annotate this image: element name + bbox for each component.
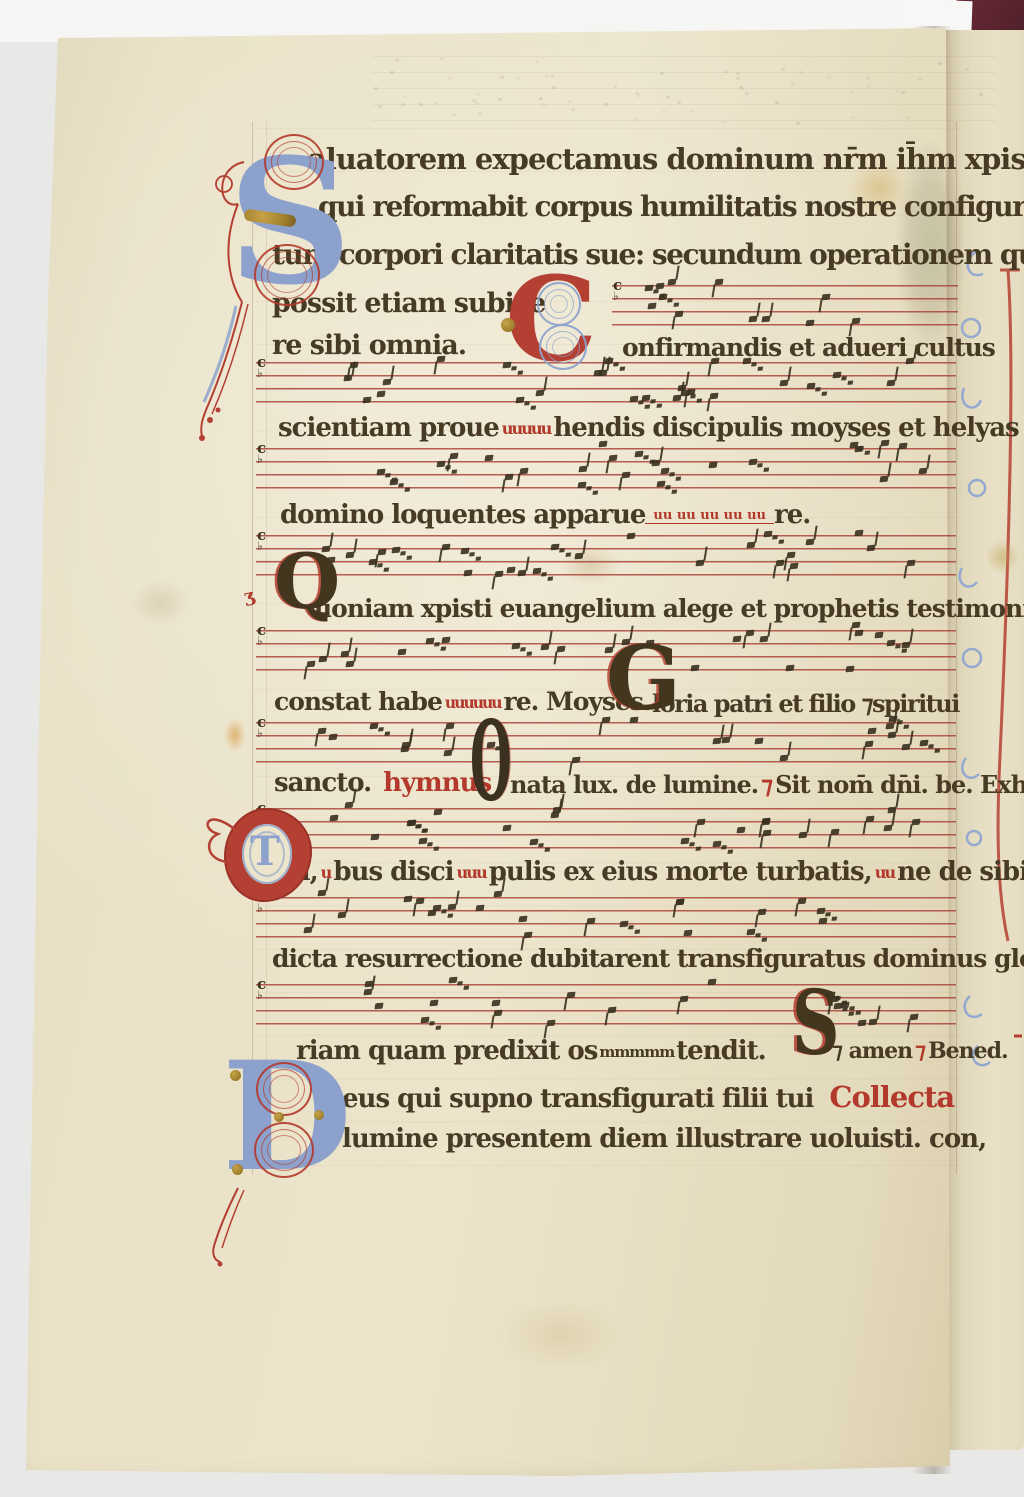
initial-d-deus: D (222, 1050, 338, 1192)
initial-letter: S (792, 978, 840, 1067)
gold-accent (230, 1070, 241, 1081)
text-segment: hendis discipulis moyses et helyas cum (553, 413, 1024, 443)
text-segment: tendit. (676, 1036, 766, 1066)
text-segment: scientiam proue (278, 413, 499, 443)
filigree-medallion (254, 1122, 314, 1178)
text-segment: Sit nom̄ dn̄i. be. Exh (775, 770, 1024, 799)
filigree-medallion (264, 134, 324, 190)
stain (985, 540, 1019, 574)
text-line-qui-reformabit: qui reformabit corpus humilitatis nostre… (318, 190, 1024, 223)
text-segment: Bened. (928, 1038, 1008, 1064)
text-segment: lumine presentem diem illustrare uoluist… (342, 1124, 986, 1154)
filigree-medallion-blue (539, 324, 587, 370)
stain (224, 718, 246, 752)
staff-3: c♭ (256, 448, 956, 489)
initial-letter: O (470, 706, 512, 816)
initial-letter: T (250, 828, 280, 875)
text-segment: domino loquentes apparue (280, 500, 645, 530)
text-line-deus: eus qui supno transfigurati filii tuiCol… (342, 1080, 954, 1114)
initial-letter: G (606, 634, 681, 722)
line-filler: uu (872, 863, 897, 882)
text-segment: pulis ex eius morte turbatis, (489, 857, 872, 887)
text-segment: eus qui supno transfigurati filii tui (342, 1084, 813, 1114)
text-line-gloria: loria patri et filio ⁊spiritui (652, 689, 959, 718)
gold-accent (274, 1112, 284, 1122)
initial-q-quoniam: Q (274, 544, 340, 620)
initial-s-tail-flourish (188, 152, 263, 442)
text-segment: qui reformabit corpus humilitatis nostre… (318, 190, 1024, 223)
gold-accent (501, 318, 515, 332)
initial-g-gloria: G (606, 634, 681, 722)
text-line-dicta: dicta resurrectione dubitarent transfigu… (272, 944, 1024, 973)
stain (130, 580, 190, 626)
line-filler: uu uu uu uu uu (645, 508, 774, 524)
tironian-et-red: ⁊ (912, 1038, 928, 1064)
text-segment: nata lux. de lumine. (510, 770, 758, 799)
staff-9: c♭ (256, 984, 956, 1025)
filigree-medallion-blue (537, 282, 581, 326)
text-segment: re. (774, 500, 810, 530)
text-line-tribus: ri,ubus disciuuupulis ex eius morte turb… (288, 857, 1024, 887)
text-line-sancto: sancto.hymnus (274, 768, 491, 798)
line-filler: mmmmm (597, 1043, 676, 1061)
filigree-medallion (254, 244, 320, 306)
rubric-collecta: Collecta (829, 1080, 954, 1114)
text-segment: ⁊ amen (832, 1038, 912, 1064)
initial-d-tail-flourish (204, 1186, 264, 1266)
text-line-scientiam: scientiam proueuuuuuhendis discipulis mo… (278, 413, 1024, 443)
text-segment: dicta resurrectione dubitarent transfigu… (272, 944, 1024, 973)
tironian-et-red: ⁊ (758, 770, 775, 799)
text-line-onata: nata lux. de lumine.⁊Sit nom̄ dn̄i. be. … (510, 770, 1024, 799)
staff-8: c♭ (256, 897, 956, 938)
text-segment: re sibi omnia. (272, 330, 466, 361)
line-filler: u (318, 863, 334, 882)
initial-letter: Q (274, 544, 340, 620)
text-segment: aluatorem expectamus dominum nr̄m ih̄m x… (308, 142, 1024, 176)
text-segment: uoniam xpisti euangelium alege et prophe… (314, 594, 1024, 623)
staff-7: c♭ (256, 808, 956, 849)
text-segment: onfirmandis et adueri cultus (622, 333, 995, 362)
gold-accent (232, 1164, 243, 1175)
manuscript-photo: c♭ c♭ c♭ c♭ c♭ c♭ c♭ c♭ c♭ aluatorem exp… (0, 0, 1024, 1497)
text-line-domino: domino loquentes apparueuu uu uu uu uure… (280, 500, 810, 530)
text-line-amen: ⁊ amen⁊Bened. (832, 1038, 1008, 1064)
line-filler: uuu (454, 863, 489, 882)
initial-s-amen: S (792, 978, 840, 1067)
staff-1: c♭ (612, 285, 958, 326)
text-line-tum-corpori: tum corpori claritatis sue: secundum ope… (272, 238, 1024, 271)
staff-4: c♭ (256, 535, 956, 576)
line-filler: uuuuu (499, 419, 554, 438)
text-segment: loria patri et filio ⁊spiritui (652, 689, 959, 718)
initial-t-flourish (196, 800, 240, 874)
text-segment: bus disci (333, 857, 453, 887)
bleedthrough-notation (372, 56, 996, 128)
text-line-re-sibi: re sibi omnia. (272, 330, 466, 361)
stain (500, 1300, 620, 1370)
text-line-quoniam: uoniam xpisti euangelium alege et prophe… (314, 594, 1024, 623)
gold-accent (314, 1110, 324, 1120)
text-segment: constat habe (274, 687, 442, 716)
text-line-riam: riam quam predixit osmmmmmtendit. (296, 1036, 766, 1066)
text-segment: ne de sibi pre (897, 857, 1024, 887)
text-line-salvatorem: aluatorem expectamus dominum nr̄m ih̄m x… (308, 142, 1024, 176)
filigree-medallion (256, 1062, 312, 1116)
text-line-lumine: lumine presentem diem illustrare uoluist… (342, 1124, 986, 1154)
text-segment: sancto. (274, 768, 371, 798)
initial-c-confirmandis: C (505, 268, 617, 380)
text-segment: tum corpori claritatis sue: secundum ope… (272, 238, 1024, 271)
text-line-constat: constat habeuuuuuure. Moyses. (274, 687, 651, 716)
text-line-confirmandis: onfirmandis et adueri cultus (622, 333, 995, 362)
initial-o-onata: O (470, 706, 512, 816)
